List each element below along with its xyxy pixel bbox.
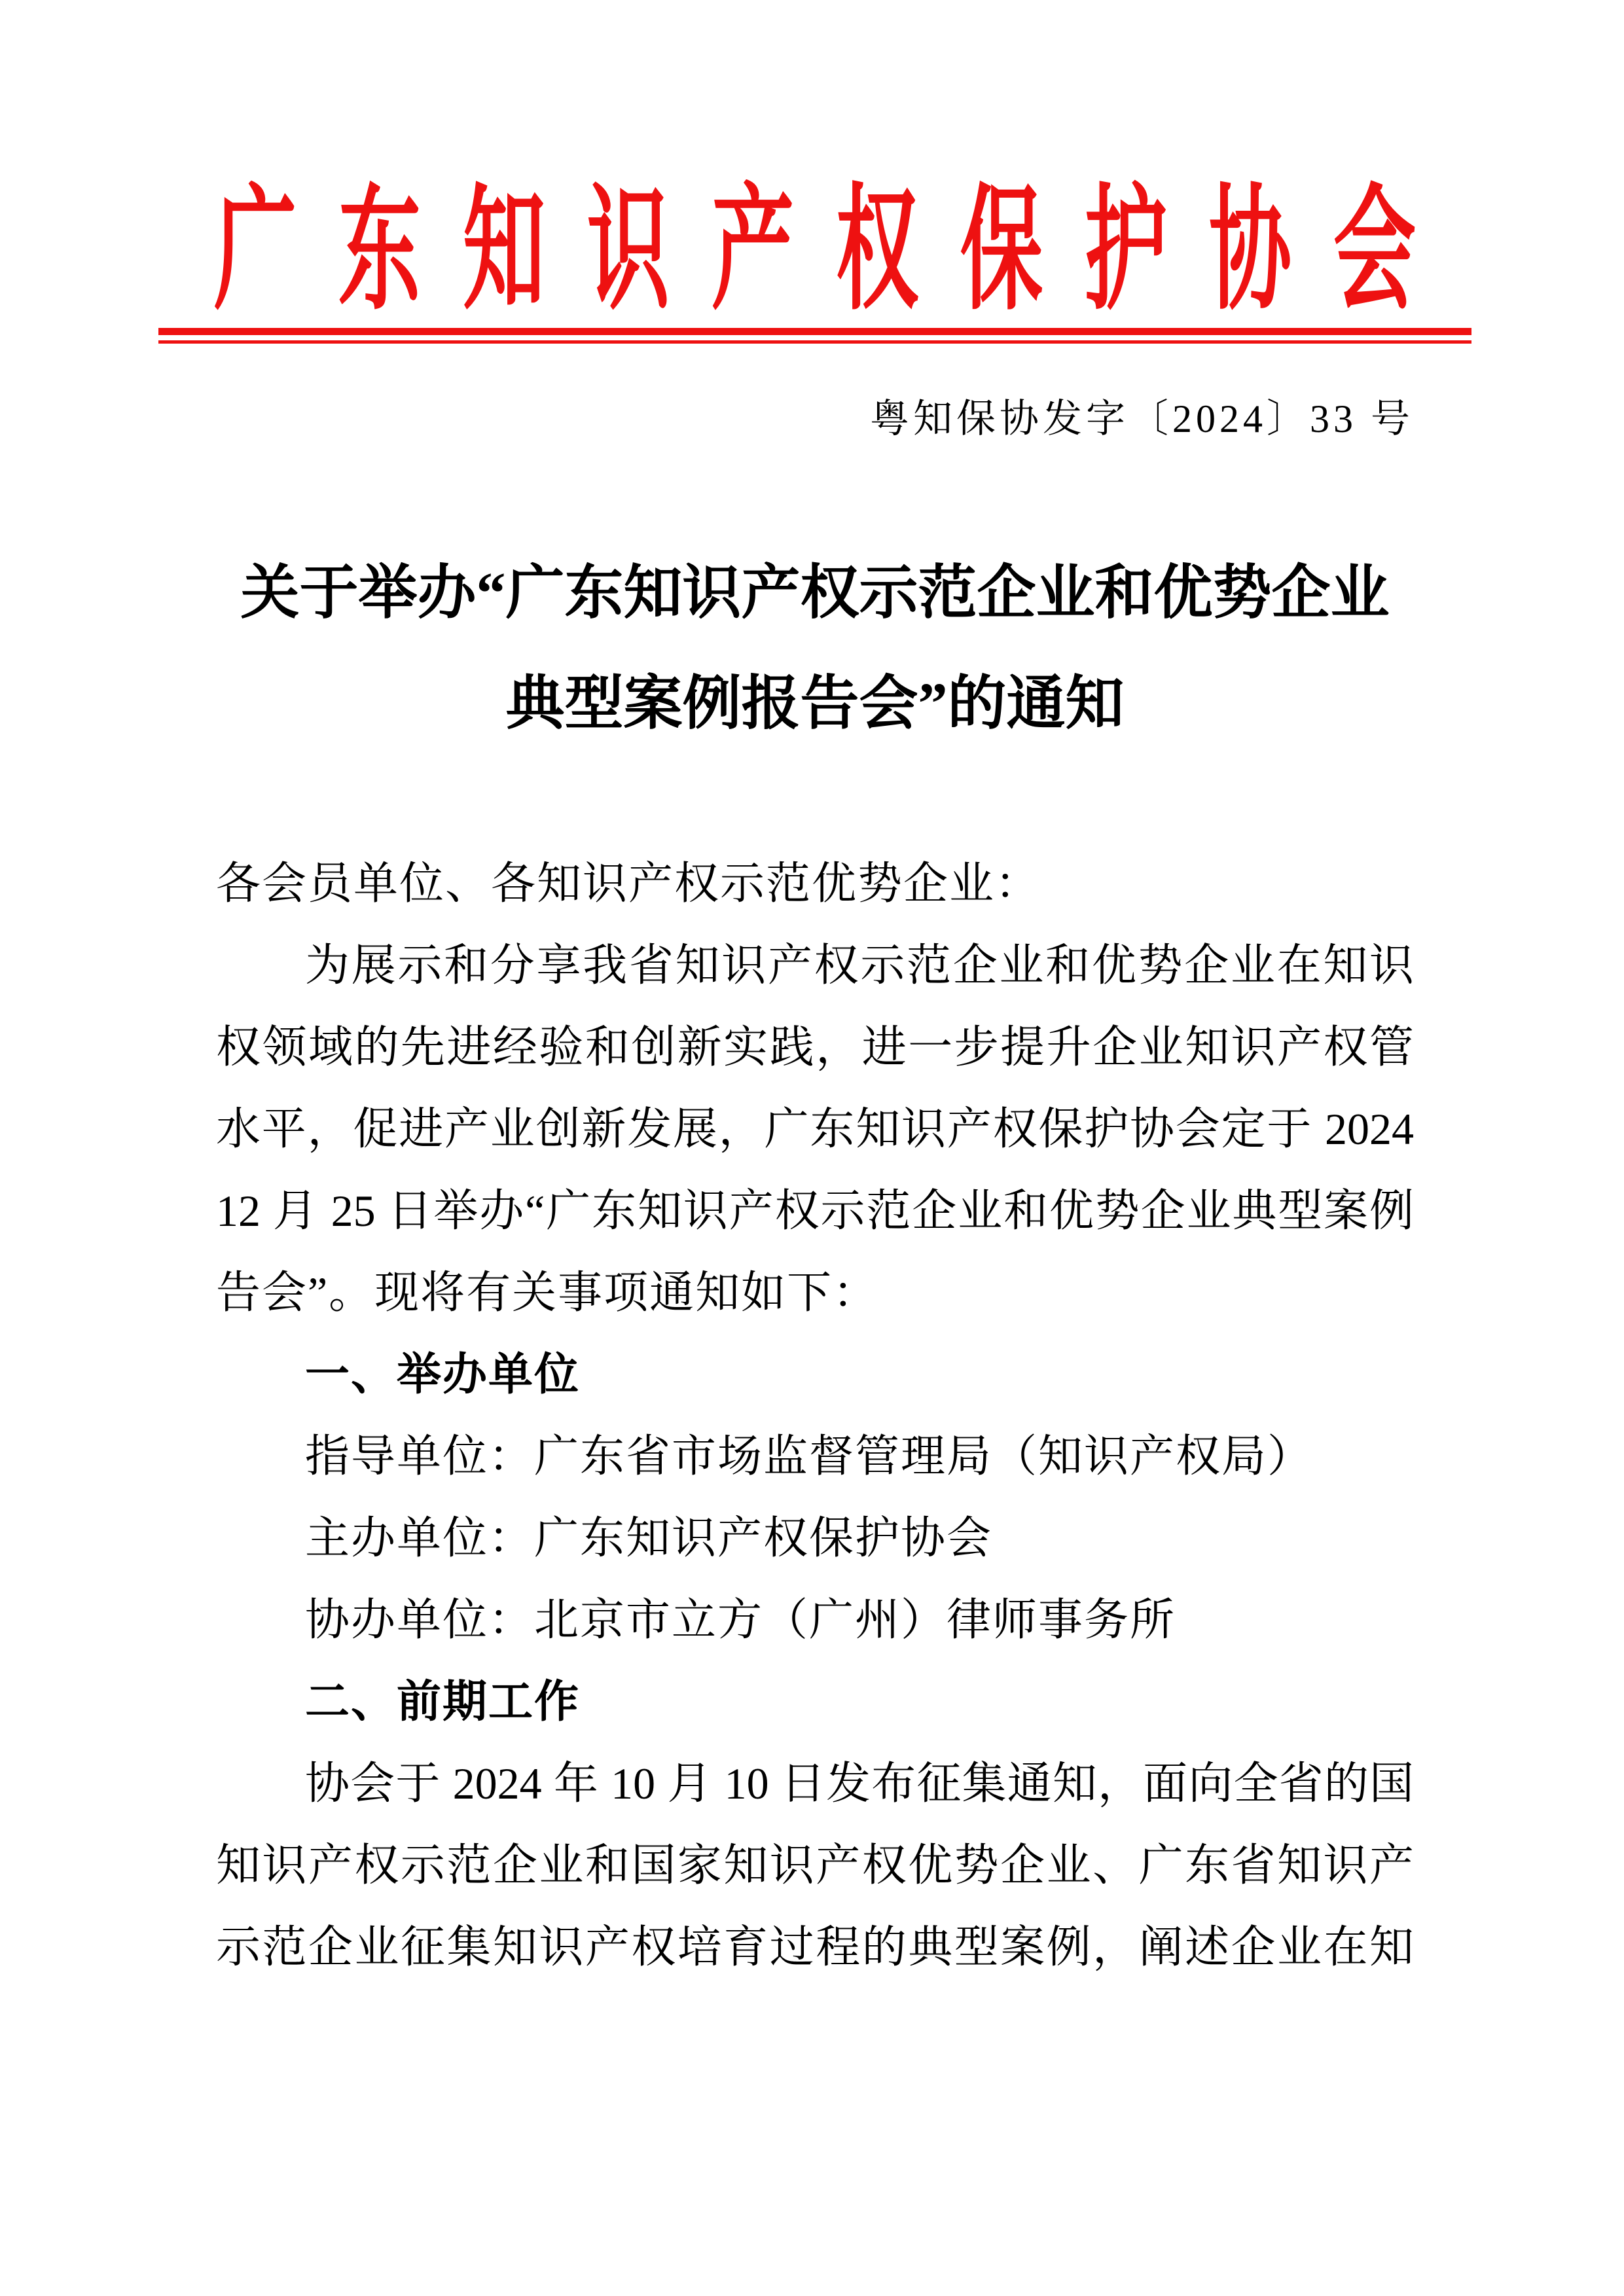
masthead-char: 广 bbox=[214, 183, 297, 318]
masthead-char: 保 bbox=[960, 183, 1043, 318]
masthead-char: 护 bbox=[1085, 183, 1167, 318]
body-line: 水平，促进产业创新发展，广东知识产权保护协会定于 2024 年 bbox=[216, 1088, 1414, 1170]
masthead-char: 会 bbox=[1333, 183, 1416, 318]
masthead-char: 协 bbox=[1209, 183, 1291, 318]
body-line: 12 月 25 日举办“广东知识产权示范企业和优势企业典型案例报 bbox=[216, 1170, 1414, 1252]
body-line: 告会”。现将有关事项通知如下： bbox=[216, 1252, 1414, 1334]
body-line-salutation: 各会员单位、各知识产权示范优势企业： bbox=[216, 843, 1414, 925]
body-line: 示范企业征集知识产权培育过程的典型案例，阐述企业在知识 bbox=[216, 1907, 1414, 1988]
body-line: 协会于 2024 年 10 月 10 日发布征集通知，面向全省的国家 bbox=[216, 1743, 1414, 1825]
body-line: 知识产权示范企业和国家知识产权优势企业、广东省知识产权 bbox=[216, 1825, 1414, 1907]
masthead-char: 权 bbox=[836, 183, 918, 318]
notice-title-line-2: 典型案例报告会”的通知 bbox=[216, 649, 1414, 759]
notice-body: 各会员单位、各知识产权示范优势企业： 为展示和分享我省知识产权示范企业和优势企业… bbox=[216, 843, 1414, 1988]
masthead-char: 东 bbox=[338, 183, 421, 318]
masthead-char: 知 bbox=[463, 183, 545, 318]
red-rule-thin bbox=[158, 340, 1471, 344]
section-heading-1: 一、举办单位 bbox=[216, 1334, 1414, 1416]
body-line-co-organizer: 协办单位：北京市立方（广州）律师事务所 bbox=[216, 1579, 1414, 1661]
masthead-org-name: 广 东 知 识 产 权 保 护 协 会 bbox=[216, 174, 1414, 328]
doc-number: 粤知保协发字〔2024〕33 号 bbox=[216, 391, 1414, 446]
masthead-char: 产 bbox=[712, 183, 794, 318]
masthead-char: 识 bbox=[587, 183, 670, 318]
red-rule-thick bbox=[158, 328, 1471, 335]
notice-document-page: 广 东 知 识 产 权 保 护 协 会 粤知保协发字〔2024〕33 号 关于举… bbox=[0, 0, 1624, 2296]
notice-title-line-1: 关于举办“广东知识产权示范企业和优势企业 bbox=[216, 538, 1414, 649]
section-heading-2: 二、前期工作 bbox=[216, 1661, 1414, 1743]
body-line-guiding-unit: 指导单位：广东省市场监督管理局（知识产权局） bbox=[216, 1416, 1414, 1498]
body-line: 权领域的先进经验和创新实践，进一步提升企业知识产权管理 bbox=[216, 1007, 1414, 1088]
notice-title: 关于举办“广东知识产权示范企业和优势企业 典型案例报告会”的通知 bbox=[216, 538, 1414, 759]
body-line: 为展示和分享我省知识产权示范企业和优势企业在知识产 bbox=[216, 925, 1414, 1007]
body-line-host-unit: 主办单位：广东知识产权保护协会 bbox=[216, 1498, 1414, 1579]
